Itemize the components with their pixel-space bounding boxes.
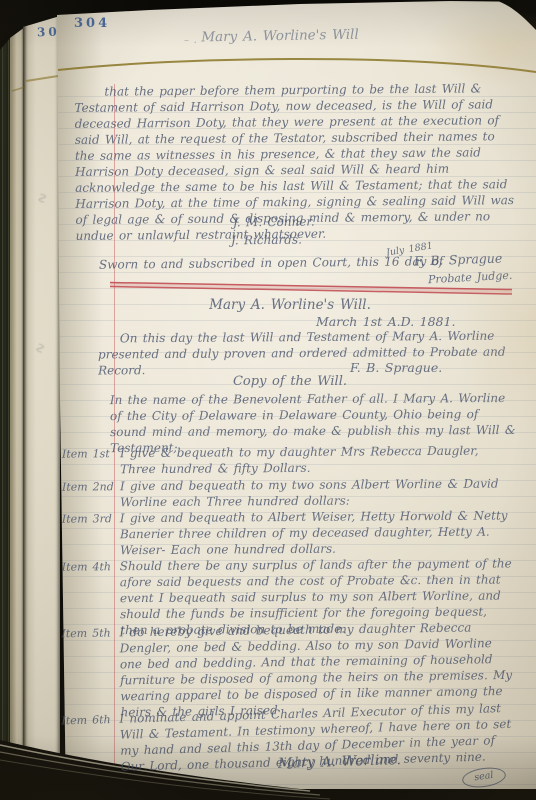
page-edge-stack	[10, 0, 25, 800]
item-label: Item 6th	[61, 712, 113, 729]
copy-of-will-heading: Copy of the Will.	[200, 374, 380, 390]
item-text: I give and bequeath to my two sons Alber…	[120, 475, 518, 510]
item-text: I give and bequeath to Albert Weiser, He…	[120, 507, 518, 558]
witness-signature-1: J. M. Conner.	[233, 214, 315, 231]
judge-signature: F. B. Sprague	[414, 250, 503, 269]
will-item-row: Item 2nd I give and bequeath to my two s…	[62, 475, 520, 510]
item-label: Item 4th	[62, 559, 114, 575]
previous-page-number: 30	[37, 25, 60, 40]
item-label: Item 2nd	[62, 479, 114, 495]
witness-signature-2: J. Richards.	[231, 232, 302, 249]
item-label: Item 1st	[62, 446, 114, 462]
previous-page-edge	[23, 0, 60, 800]
ink-showthrough-mark: ∿	[30, 339, 50, 355]
admission-entry: On this day the last Will and Testament …	[98, 328, 522, 379]
will-section-heading: Mary A. Worline's Will.	[170, 297, 410, 313]
scanned-probate-book-photo: { "book": { "current_page_number": "304"…	[0, 0, 536, 800]
item-label: Item 5th	[61, 625, 113, 642]
item-text: I give & bequeath to my daughter Mrs Reb…	[120, 442, 518, 477]
page-number: 304	[74, 16, 110, 31]
item-label: Item 3rd	[62, 511, 114, 527]
will-item-row: Item 3rd I give and bequeath to Albert W…	[62, 507, 520, 558]
will-item-row: Item 1st I give & bequeath to my daughte…	[62, 442, 520, 477]
